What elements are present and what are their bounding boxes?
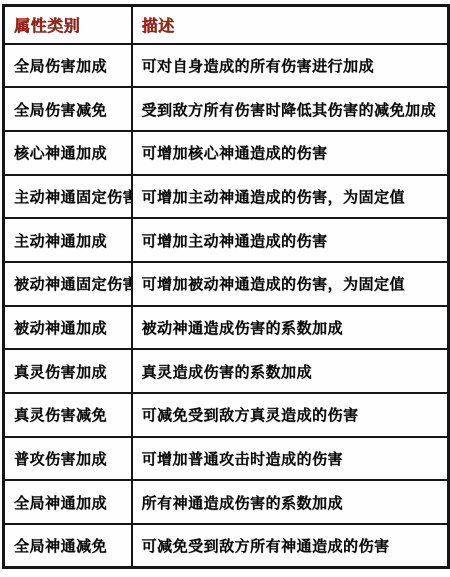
category-cell: 主动神通固定伤害 xyxy=(4,175,132,219)
description-cell: 可增加被动神通造成的伤害，为固定值 xyxy=(132,262,449,306)
table-row: 主动神通加成可增加主动神通造成的伤害 xyxy=(4,218,449,262)
description-cell: 可增加普通攻击时造成的伤害 xyxy=(132,437,449,481)
description-cell: 可增加核心神通造成的伤害 xyxy=(132,131,449,175)
description-cell: 所有神通造成伤害的系数加成 xyxy=(132,480,449,524)
table-header: 属性类别 描述 xyxy=(4,6,449,44)
table-row: 全局神通加成所有神通造成伤害的系数加成 xyxy=(4,480,449,524)
category-cell: 被动神通加成 xyxy=(4,306,132,350)
attributes-table: 属性类别 描述 全局伤害加成可对自身造成的所有伤害进行加成全局伤害减免受到敌方所… xyxy=(2,4,450,569)
description-cell: 可对自身造成的所有伤害进行加成 xyxy=(132,44,449,88)
table-row: 全局伤害加成可对自身造成的所有伤害进行加成 xyxy=(4,44,449,88)
category-cell: 真灵伤害减免 xyxy=(4,393,132,437)
category-cell: 普攻伤害加成 xyxy=(4,437,132,481)
description-cell: 可减免受到敌方真灵造成的伤害 xyxy=(132,393,449,437)
description-cell: 可增加主动神通造成的伤害 xyxy=(132,218,449,262)
table-row: 被动神通加成被动神通造成伤害的系数加成 xyxy=(4,306,449,350)
description-cell: 可减免受到敌方所有神通造成的伤害 xyxy=(132,524,449,568)
category-cell: 主动神通加成 xyxy=(4,218,132,262)
header-row: 属性类别 描述 xyxy=(4,6,449,44)
table-row: 主动神通固定伤害可增加主动神通造成的伤害，为固定值 xyxy=(4,175,449,219)
description-cell: 可增加主动神通造成的伤害，为固定值 xyxy=(132,175,449,219)
description-cell: 受到敌方所有伤害时降低其伤害的减免加成 xyxy=(132,87,449,131)
category-cell: 被动神通固定伤害 xyxy=(4,262,132,306)
category-cell: 全局伤害加成 xyxy=(4,44,132,88)
category-cell: 全局神通减免 xyxy=(4,524,132,568)
table-row: 真灵伤害加成真灵造成伤害的系数加成 xyxy=(4,349,449,393)
header-cell-description: 描述 xyxy=(132,6,449,44)
description-cell: 被动神通造成伤害的系数加成 xyxy=(132,306,449,350)
category-cell: 全局神通加成 xyxy=(4,480,132,524)
table-row: 全局神通减免可减免受到敌方所有神通造成的伤害 xyxy=(4,524,449,568)
table-row: 普攻伤害加成可增加普通攻击时造成的伤害 xyxy=(4,437,449,481)
table-body: 全局伤害加成可对自身造成的所有伤害进行加成全局伤害减免受到敌方所有伤害时降低其伤… xyxy=(4,44,449,568)
category-cell: 核心神通加成 xyxy=(4,131,132,175)
table-row: 全局伤害减免受到敌方所有伤害时降低其伤害的减免加成 xyxy=(4,87,449,131)
description-cell: 真灵造成伤害的系数加成 xyxy=(132,349,449,393)
table-row: 被动神通固定伤害可增加被动神通造成的伤害，为固定值 xyxy=(4,262,449,306)
table-row: 核心神通加成可增加核心神通造成的伤害 xyxy=(4,131,449,175)
category-cell: 真灵伤害加成 xyxy=(4,349,132,393)
category-cell: 全局伤害减免 xyxy=(4,87,132,131)
header-cell-category: 属性类别 xyxy=(4,6,132,44)
table-row: 真灵伤害减免可减免受到敌方真灵造成的伤害 xyxy=(4,393,449,437)
